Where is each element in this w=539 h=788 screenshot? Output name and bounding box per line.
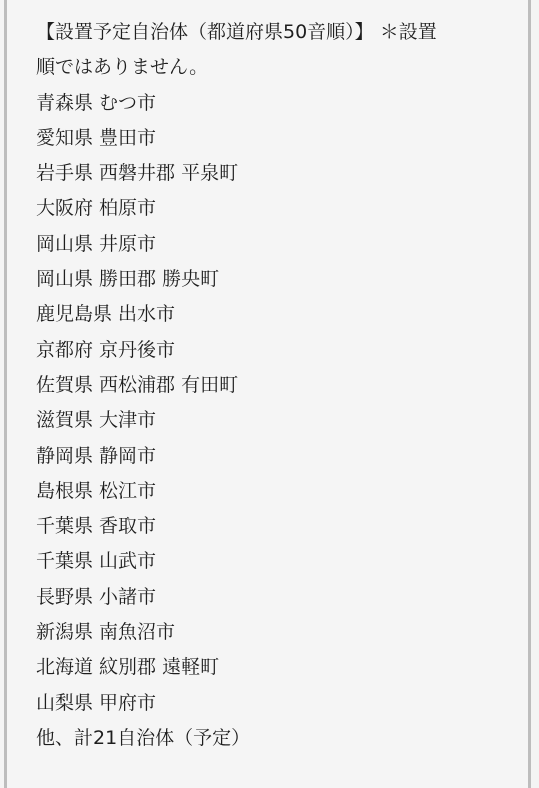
list-item: 京都府 京丹後市 [36,333,506,368]
list-item: 千葉県 香取市 [36,509,506,544]
list-item: 北海道 紋別郡 遠軽町 [36,650,506,685]
list-item: 岡山県 勝田郡 勝央町 [36,262,506,297]
list-item: 長野県 小諸市 [36,580,506,615]
page-frame: 【設置予定自治体（都道府県50音順）】 ＊設置 順ではありません。 青森県 むつ… [0,0,539,777]
list-item: 岡山県 井原市 [36,227,506,262]
list-item: 愛知県 豊田市 [36,121,506,156]
list-item: 千葉県 山武市 [36,544,506,579]
list-item: 岩手県 西磐井郡 平泉町 [36,156,506,191]
list-item: 滋賀県 大津市 [36,403,506,438]
list-item: 佐賀県 西松浦郡 有田町 [36,368,506,403]
heading-line-1: 【設置予定自治体（都道府県50音順）】 ＊設置 [36,15,506,50]
list-item: 鹿児島県 出水市 [36,297,506,332]
list-item: 静岡県 静岡市 [36,439,506,474]
list-item: 青森県 むつ市 [36,86,506,121]
heading-line-2: 順ではありません。 [36,50,506,85]
municipality-list-text: 【設置予定自治体（都道府県50音順）】 ＊設置 順ではありません。 青森県 むつ… [36,15,506,756]
list-item: 島根県 松江市 [36,474,506,509]
list-item: 山梨県 甲府市 [36,686,506,721]
footer-note: 他、計21自治体（予定） [36,721,506,756]
list-item: 新潟県 南魚沼市 [36,615,506,650]
list-item: 大阪府 柏原市 [36,191,506,226]
